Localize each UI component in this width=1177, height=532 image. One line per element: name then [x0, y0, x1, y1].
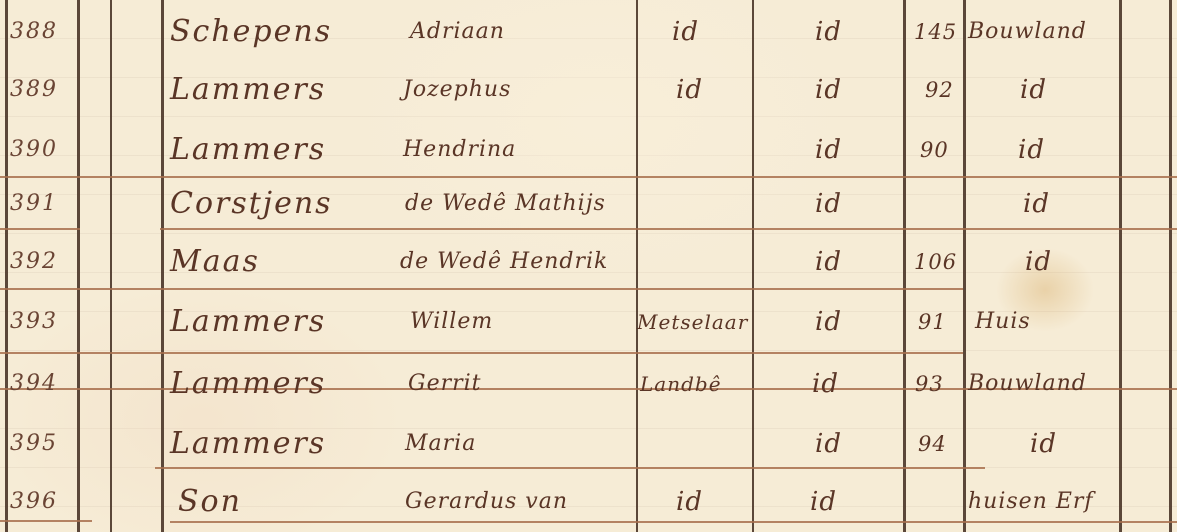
given-name: Maria	[405, 424, 476, 464]
occupation: id	[676, 70, 703, 110]
entry-number: 390	[10, 130, 58, 170]
ledger-row: 393 Lammers Willem Metselaar id 91 Huis	[0, 302, 1177, 354]
given-name: Gerrit	[408, 364, 482, 404]
surname: Maas	[170, 242, 260, 282]
surname: Corstjens	[170, 184, 333, 224]
surname: Schepens	[170, 12, 332, 52]
parcel-description: Bouwland	[968, 364, 1087, 404]
parcel-description: id	[1030, 424, 1057, 464]
given-name: Adriaan	[410, 12, 505, 52]
parcel-number: 92	[925, 70, 954, 110]
occupation: Metselaar	[637, 302, 748, 342]
ledger-row: 388 Schepens Adriaan id id 145 Bouwland	[0, 12, 1177, 64]
residence: id	[815, 70, 842, 110]
entry-number: 395	[10, 424, 58, 464]
residence: id	[812, 364, 839, 404]
entry-number: 396	[10, 482, 58, 522]
entry-number: 393	[10, 302, 58, 342]
parcel-description: Bouwland	[968, 12, 1087, 52]
given-name: de Wedê Mathijs	[405, 184, 606, 224]
occupation: Landbê	[640, 364, 722, 404]
ledger-row: 394 Lammers Gerrit Landbê id 93 Bouwland	[0, 364, 1177, 416]
residence: id	[815, 242, 842, 282]
entry-number: 388	[10, 12, 58, 52]
surname: Lammers	[170, 302, 326, 342]
ledger-row: 392 Maas de Wedê Hendrik id 106 id	[0, 242, 1177, 294]
parcel-number: 145	[914, 12, 957, 52]
given-name: Gerardus van	[405, 482, 568, 522]
residence: id	[815, 184, 842, 224]
parcel-description: Huis	[975, 302, 1031, 342]
given-name: Willem	[410, 302, 493, 342]
entry-number: 392	[10, 242, 58, 282]
entry-number: 391	[10, 184, 58, 224]
given-name: de Wedê Hendrik	[400, 242, 608, 282]
parcel-description: id	[1023, 184, 1050, 224]
surname: Son	[178, 482, 242, 522]
surname: Lammers	[170, 130, 326, 170]
residence: id	[815, 130, 842, 170]
surname: Lammers	[170, 424, 326, 464]
parcel-number: 106	[914, 242, 957, 282]
parcel-number: 94	[918, 424, 947, 464]
residence: id	[815, 302, 842, 342]
surname: Lammers	[170, 70, 326, 110]
ledger-page: 388 Schepens Adriaan id id 145 Bouwland …	[0, 0, 1177, 532]
ledger-row: 395 Lammers Maria id 94 id	[0, 424, 1177, 476]
ledger-row: 396 Son Gerardus van id id huisen Erf	[0, 482, 1177, 532]
parcel-number: 91	[918, 302, 947, 342]
entry-number: 394	[10, 364, 58, 404]
residence: id	[815, 12, 842, 52]
residence: id	[815, 424, 842, 464]
parcel-number: 93	[915, 364, 944, 404]
given-name: Jozephus	[403, 70, 511, 110]
parcel-description: huisen Erf	[968, 482, 1094, 522]
entry-number: 389	[10, 70, 58, 110]
surname: Lammers	[170, 364, 326, 404]
ledger-row: 391 Corstjens de Wedê Mathijs id id	[0, 184, 1177, 236]
given-name: Hendrina	[403, 130, 516, 170]
occupation: id	[676, 482, 703, 522]
residence: id	[810, 482, 837, 522]
occupation: id	[672, 12, 699, 52]
ledger-row: 390 Lammers Hendrina id 90 id	[0, 130, 1177, 182]
parcel-description: id	[1018, 130, 1045, 170]
parcel-description: id	[1020, 70, 1047, 110]
parcel-description: id	[1025, 242, 1052, 282]
parcel-number: 90	[920, 130, 949, 170]
ledger-row: 389 Lammers Jozephus id id 92 id	[0, 70, 1177, 122]
